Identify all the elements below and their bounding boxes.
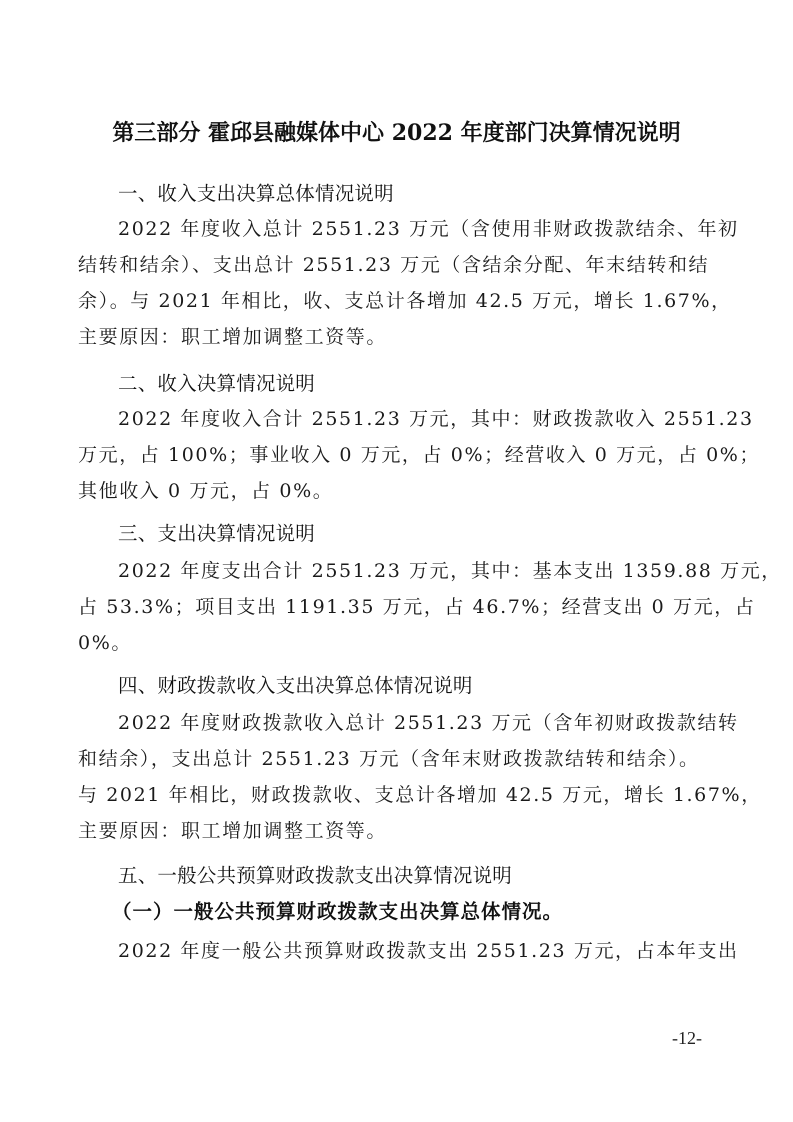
paragraph-line: 占 53.3%；项目支出 1191.35 万元，占 46.7%；经营支出 0 万…	[78, 592, 718, 619]
section-heading-2: 二、收入决算情况说明	[118, 368, 315, 396]
paragraph-line: 0%。	[78, 628, 718, 655]
paragraph-line: 其他收入 0 万元，占 0%。	[78, 476, 718, 503]
paragraph-line: 结转和结余）、支出总计 2551.23 万元（含结余分配、年末结转和结	[78, 250, 718, 277]
paragraph-line: 和结余），支出总计 2551.23 万元（含年末财政拨款结转和结余）。	[78, 744, 718, 771]
section-heading-5: 五、一般公共预算财政拨款支出决算情况说明	[118, 860, 512, 888]
paragraph-line: 2022 年度一般公共预算财政拨款支出 2551.23 万元，占本年支出	[118, 936, 758, 963]
paragraph-line: 主要原因：职工增加调整工资等。	[78, 816, 718, 843]
paragraph-line: 2022 年度收入总计 2551.23 万元（含使用非财政拨款结余、年初	[118, 214, 758, 241]
section-subheading-5-1: （一）一般公共预算财政拨款支出决算总体情况。	[112, 896, 563, 924]
section-heading-4: 四、财政拨款收入支出决算总体情况说明	[118, 670, 473, 698]
page-number: -12-	[672, 1028, 702, 1049]
paragraph-line: 2022 年度收入合计 2551.23 万元，其中：财政拨款收入 2551.23	[118, 404, 758, 431]
paragraph-line: 2022 年度支出合计 2551.23 万元，其中：基本支出 1359.88 万…	[118, 556, 758, 583]
section-heading-1: 一、收入支出决算总体情况说明	[118, 178, 394, 206]
paragraph-line: 余）。与 2021 年相比，收、支总计各增加 42.5 万元，增长 1.67%，	[78, 286, 718, 313]
paragraph-line: 与 2021 年相比，财政拨款收、支总计各增加 42.5 万元，增长 1.67%…	[78, 780, 718, 807]
section-heading-3: 三、支出决算情况说明	[118, 518, 315, 546]
page-title: 第三部分 霍邱县融媒体中心 2022 年度部门决算情况说明	[0, 116, 793, 147]
paragraph-line: 主要原因：职工增加调整工资等。	[78, 322, 718, 349]
paragraph-line: 万元，占 100%；事业收入 0 万元，占 0%；经营收入 0 万元，占 0%；	[78, 440, 718, 467]
paragraph-line: 2022 年度财政拨款收入总计 2551.23 万元（含年初财政拨款结转	[118, 708, 758, 735]
